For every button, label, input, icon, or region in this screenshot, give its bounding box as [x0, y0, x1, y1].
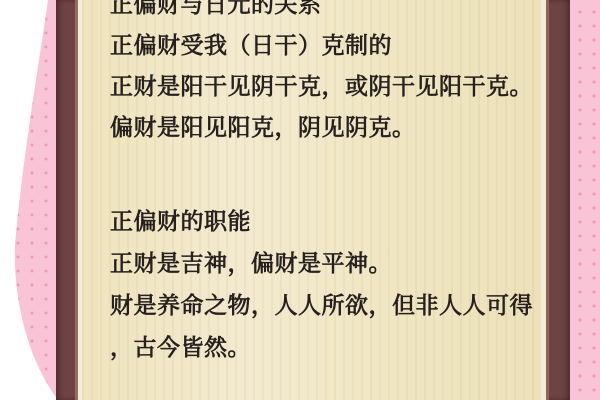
text-line: 正财是阳干见阴干克，或阴干见阳干克。	[110, 66, 541, 107]
card-paper: 正偏财与日元的关系 正偏财受我（日干）克制的 正财是阳干见阴干克，或阴干见阳干克…	[82, 0, 541, 400]
text-block-functions: 正偏财的职能 正财是吉神，偏财是平神。 财是养命之物，人人所欲，但非人人可得 ，…	[82, 200, 541, 368]
text-line: 财是养命之物，人人所欲，但非人人可得	[110, 284, 541, 326]
text-line-title-cutoff: 正偏财与日元的关系	[110, 0, 541, 25]
text-line: 正偏财受我（日干）克制的	[110, 25, 541, 66]
text-line: 正财是吉神，偏财是平神。	[110, 242, 541, 284]
text-line-subtitle: 正偏财的职能	[110, 200, 541, 242]
card-frame: 正偏财与日元的关系 正偏财受我（日干）克制的 正财是阳干见阴干克，或阴干见阳干克…	[56, 0, 570, 400]
pink-ribbon-right	[570, 0, 600, 400]
pink-dot-pattern	[15, 0, 60, 400]
screenshot-root: 正偏财与日元的关系 正偏财受我（日干）克制的 正财是阳干见阴干克，或阴干见阳干克…	[0, 0, 600, 400]
text-block-relationship: 正偏财与日元的关系 正偏财受我（日干）克制的 正财是阳干见阴干克，或阴干见阳干克…	[82, 0, 541, 148]
pink-ribbon-left	[0, 0, 60, 400]
frame-mid-line: 正偏财与日元的关系 正偏财受我（日干）克制的 正财是阳干见阴干克，或阴干见阳干克…	[75, 0, 549, 400]
frame-inner-line: 正偏财与日元的关系 正偏财受我（日干）克制的 正财是阳干见阴干克，或阴干见阳干克…	[78, 0, 546, 400]
text-line: ，古今皆然。	[110, 326, 541, 368]
text-line: 偏财是阳见阳克，阴见阴克。	[110, 107, 541, 148]
